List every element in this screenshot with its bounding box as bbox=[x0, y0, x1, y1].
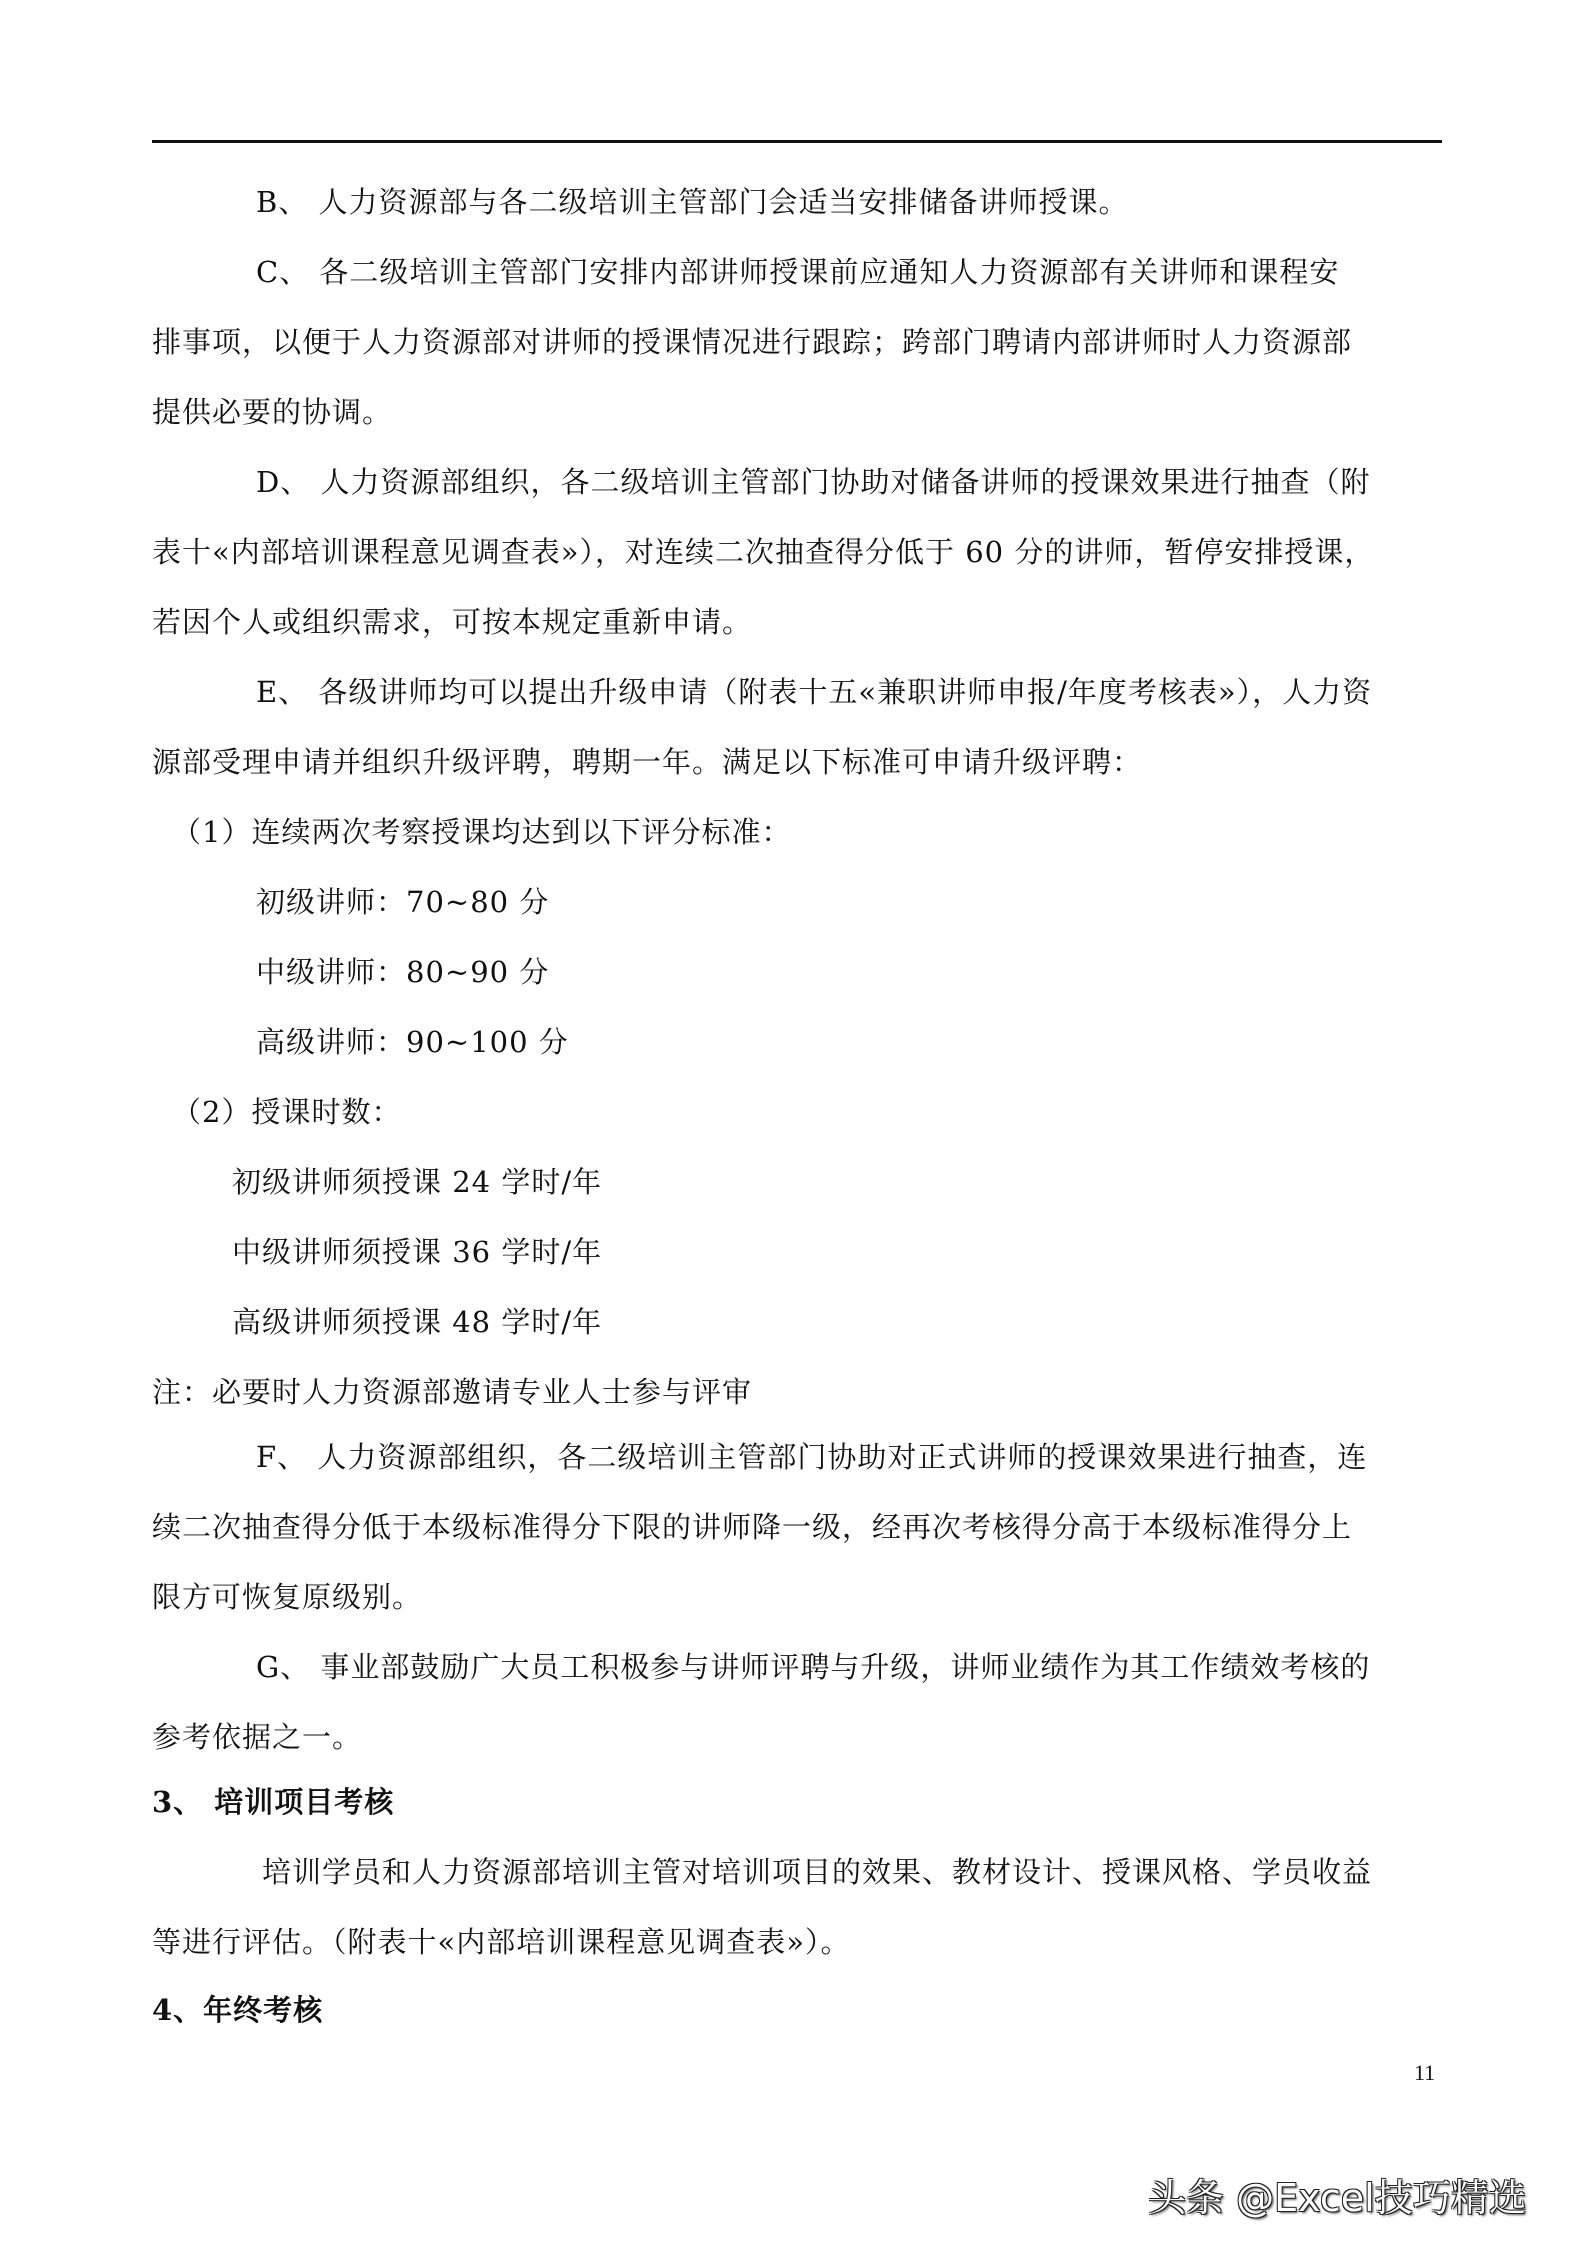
text-line-c2: 排事项，以便于人力资源部对讲师的授课情况进行跟踪；跨部门聘请内部讲师时人力资源部 bbox=[152, 320, 1352, 361]
text-line-e2: 源部受理申请并组织升级评聘，聘期一年。满足以下标准可申请升级评聘： bbox=[152, 740, 1142, 781]
text-line-s3-2: 等进行评估。（附表十«内部培训课程意见调查表»）。 bbox=[152, 1920, 851, 1961]
criteria-heading-1: （1）连续两次考察授课均达到以下评分标准： bbox=[172, 810, 791, 851]
text-line-c1: C、 各二级培训主管部门安排内部讲师授课前应通知人力资源部有关讲师和课程安 bbox=[256, 250, 1339, 291]
header-rule bbox=[152, 140, 1442, 143]
text-line-s3-1: 培训学员和人力资源部培训主管对培训项目的效果、教材设计、授课风格、学员收益 bbox=[262, 1850, 1372, 1891]
text-line-d2: 表十«内部培训课程意见调查表»），对连续二次抽查得分低于 60 分的讲师，暂停安… bbox=[152, 530, 1374, 571]
note-line: 注：必要时人力资源部邀请专业人士参与评审 bbox=[152, 1370, 752, 1411]
hours-junior: 初级讲师须授课 24 学时/年 bbox=[232, 1160, 602, 1201]
text-line-f3: 限方可恢复原级别。 bbox=[152, 1575, 422, 1616]
page-number: 11 bbox=[1414, 2060, 1435, 2086]
text-line-d3: 若因个人或组织需求，可按本规定重新申请。 bbox=[152, 600, 752, 641]
text-line-d1: D、 人力资源部组织，各二级培训主管部门协助对储备讲师的授课效果进行抽查（附 bbox=[256, 460, 1370, 501]
text-line-b: B、 人力资源部与各二级培训主管部门会适当安排储备讲师授课。 bbox=[256, 180, 1129, 221]
watermark: 头条 @Excel技巧精选 bbox=[1148, 2167, 1527, 2222]
section-heading-3: 3、 培训项目考核 bbox=[152, 1780, 394, 1821]
text-line-f2: 续二次抽查得分低于本级标准得分下限的讲师降一级，经再次考核得分高于本级标准得分上 bbox=[152, 1505, 1352, 1546]
score-senior: 高级讲师：90~100 分 bbox=[256, 1020, 569, 1061]
hours-intermediate: 中级讲师须授课 36 学时/年 bbox=[232, 1230, 602, 1271]
score-junior: 初级讲师：70~80 分 bbox=[256, 880, 549, 921]
score-intermediate: 中级讲师：80~90 分 bbox=[256, 950, 549, 991]
text-line-c3: 提供必要的协调。 bbox=[152, 390, 392, 431]
criteria-heading-2: （2）授课时数： bbox=[172, 1090, 401, 1131]
text-line-e1: E、 各级讲师均可以提出升级申请（附表十五«兼职讲师申报/年度考核表»），人力资 bbox=[256, 670, 1372, 711]
hours-senior: 高级讲师须授课 48 学时/年 bbox=[232, 1300, 602, 1341]
text-line-g1: G、 事业部鼓励广大员工积极参与讲师评聘与升级，讲师业绩作为其工作绩效考核的 bbox=[256, 1645, 1370, 1686]
text-line-g2: 参考依据之一。 bbox=[152, 1715, 362, 1756]
text-line-f1: F、 人力资源部组织，各二级培训主管部门协助对正式讲师的授课效果进行抽查，连 bbox=[256, 1435, 1367, 1476]
section-heading-4: 4、年终考核 bbox=[152, 1988, 323, 2029]
